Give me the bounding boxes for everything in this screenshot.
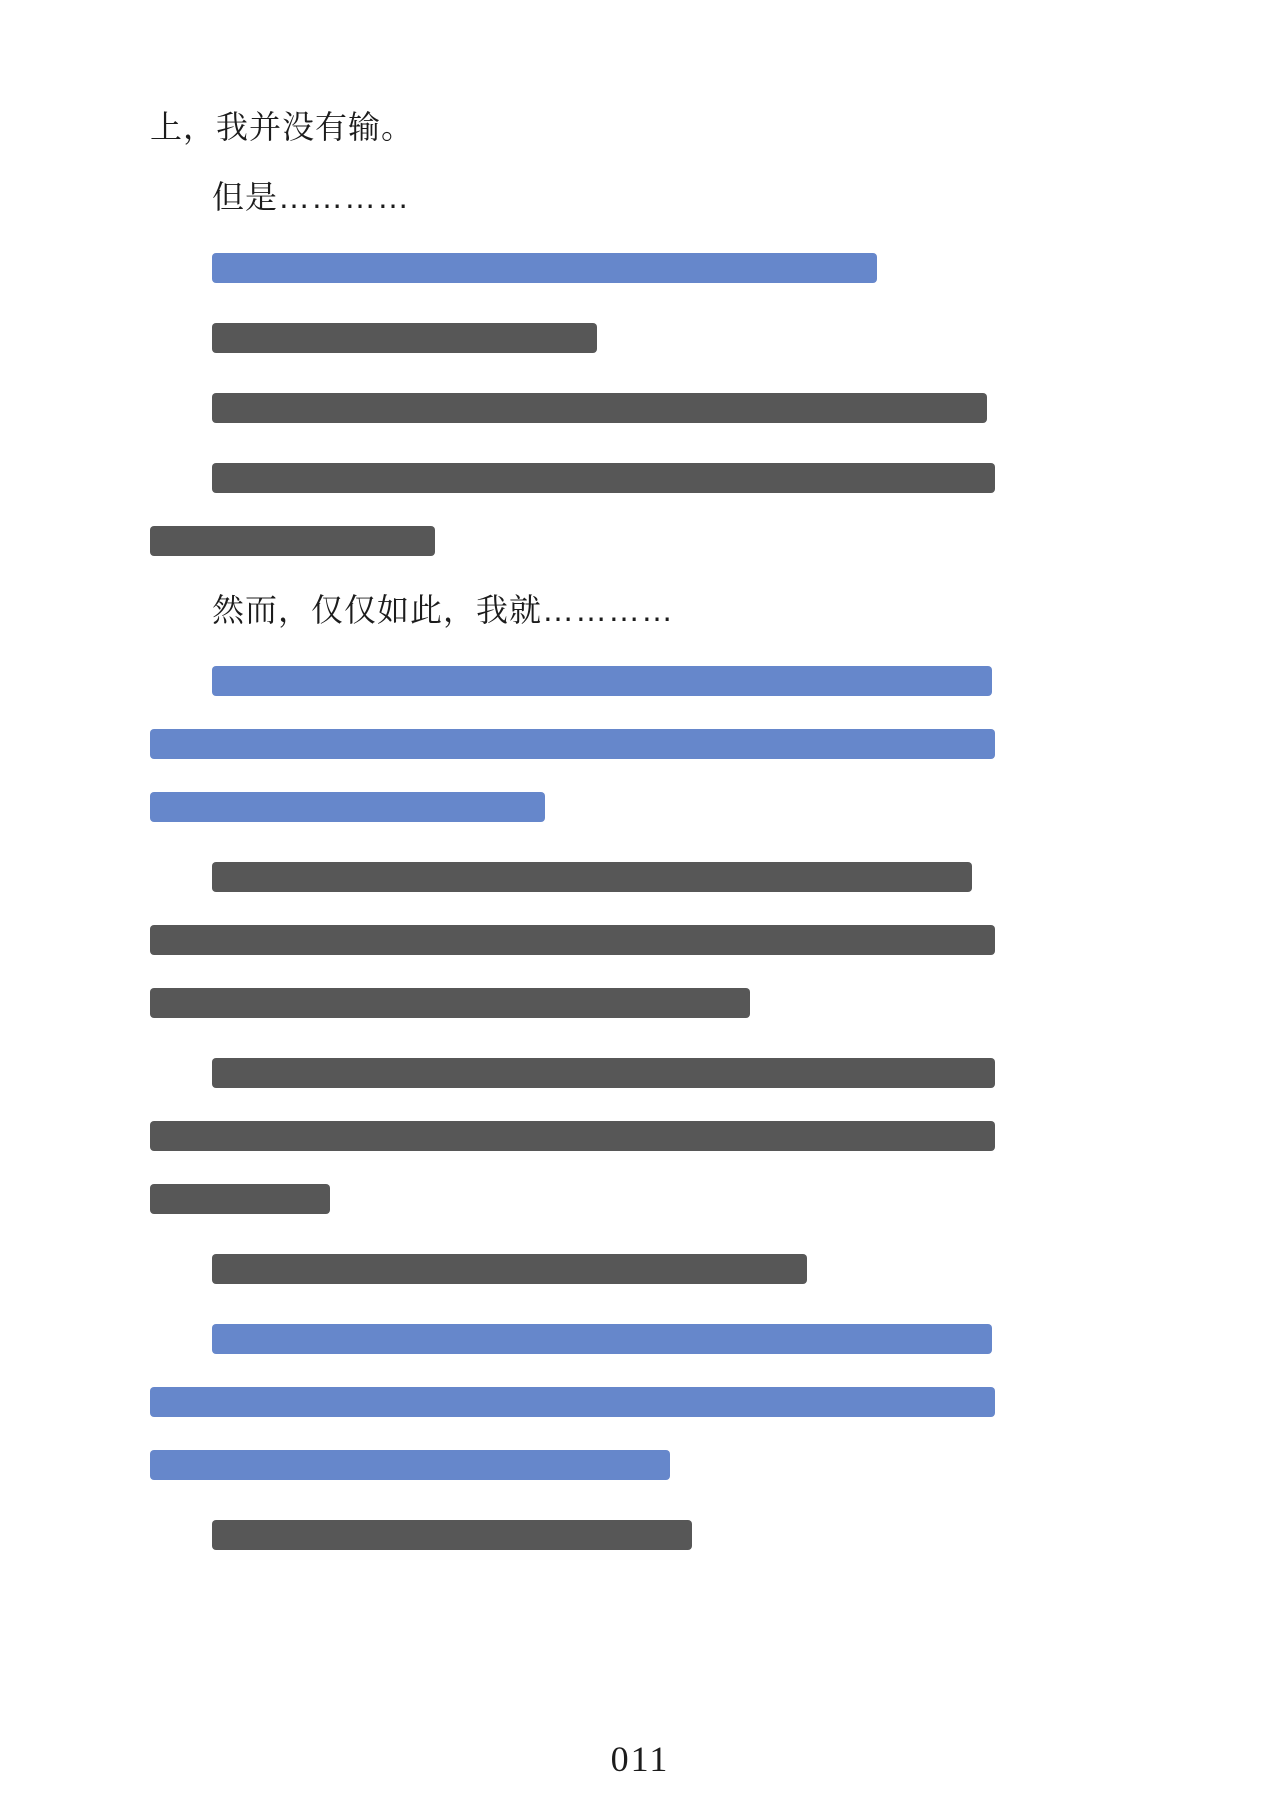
narration-paragraph: 上，我并没有输。: [150, 96, 995, 159]
redaction-bar: [212, 1324, 992, 1354]
redaction-bar: [150, 1387, 995, 1417]
redacted-line: [150, 236, 995, 299]
redacted-line: [150, 376, 995, 439]
narration-paragraph: [150, 1503, 995, 1566]
redaction-bar: [150, 1450, 670, 1480]
dialogue-paragraph: [150, 236, 995, 299]
redaction-bar: [212, 253, 877, 283]
redaction-bar: [212, 1520, 692, 1550]
redaction-bar: [212, 463, 995, 493]
narration-paragraph: [150, 376, 995, 439]
redaction-bar: [150, 729, 995, 759]
redacted-line: [150, 306, 995, 369]
redacted-line: [150, 712, 995, 775]
redacted-line: [150, 1041, 995, 1104]
redacted-line: [150, 775, 995, 838]
redaction-bar: [150, 792, 545, 822]
redaction-bar: [150, 526, 435, 556]
redacted-line: [150, 1167, 995, 1230]
ebook-page: 上，我并没有输。但是…………然而，仅仅如此，我就………… 011: [0, 0, 1280, 1807]
narration-paragraph: [150, 1041, 995, 1230]
redaction-bar: [212, 1058, 995, 1088]
redacted-line: [150, 971, 995, 1034]
dialogue-paragraph: [150, 649, 995, 838]
redaction-bar: [150, 988, 750, 1018]
redaction-bar: [212, 323, 597, 353]
text-line: 上，我并没有输。: [150, 96, 995, 159]
redacted-line: [150, 649, 995, 712]
redaction-bar: [150, 1121, 995, 1151]
redaction-bar: [212, 393, 987, 423]
redacted-line: [150, 1433, 995, 1496]
redacted-line: [150, 845, 995, 908]
redacted-line: [150, 1370, 995, 1433]
dialogue-paragraph: [150, 1307, 995, 1496]
narration-paragraph: [150, 306, 995, 369]
redacted-line: [150, 908, 995, 971]
redaction-bar: [150, 1184, 330, 1214]
narration-paragraph: [150, 446, 995, 572]
redaction-bar: [212, 862, 972, 892]
redaction-bar: [212, 666, 992, 696]
text-line: 但是…………: [150, 166, 995, 229]
redaction-bar: [212, 1254, 807, 1284]
redacted-line: [150, 446, 995, 509]
redacted-line: [150, 509, 995, 572]
redacted-line: [150, 1307, 995, 1370]
text-line: 然而，仅仅如此，我就…………: [150, 579, 995, 642]
narration-paragraph: 但是…………: [150, 166, 995, 229]
text-body: 上，我并没有输。但是…………然而，仅仅如此，我就…………: [150, 96, 995, 1573]
narration-paragraph: 然而，仅仅如此，我就…………: [150, 579, 995, 642]
redacted-line: [150, 1503, 995, 1566]
narration-paragraph: [150, 845, 995, 1034]
narration-paragraph: [150, 1237, 995, 1300]
redaction-bar: [150, 925, 995, 955]
redacted-line: [150, 1237, 995, 1300]
redacted-line: [150, 1104, 995, 1167]
page-number: 011: [0, 1738, 1280, 1780]
